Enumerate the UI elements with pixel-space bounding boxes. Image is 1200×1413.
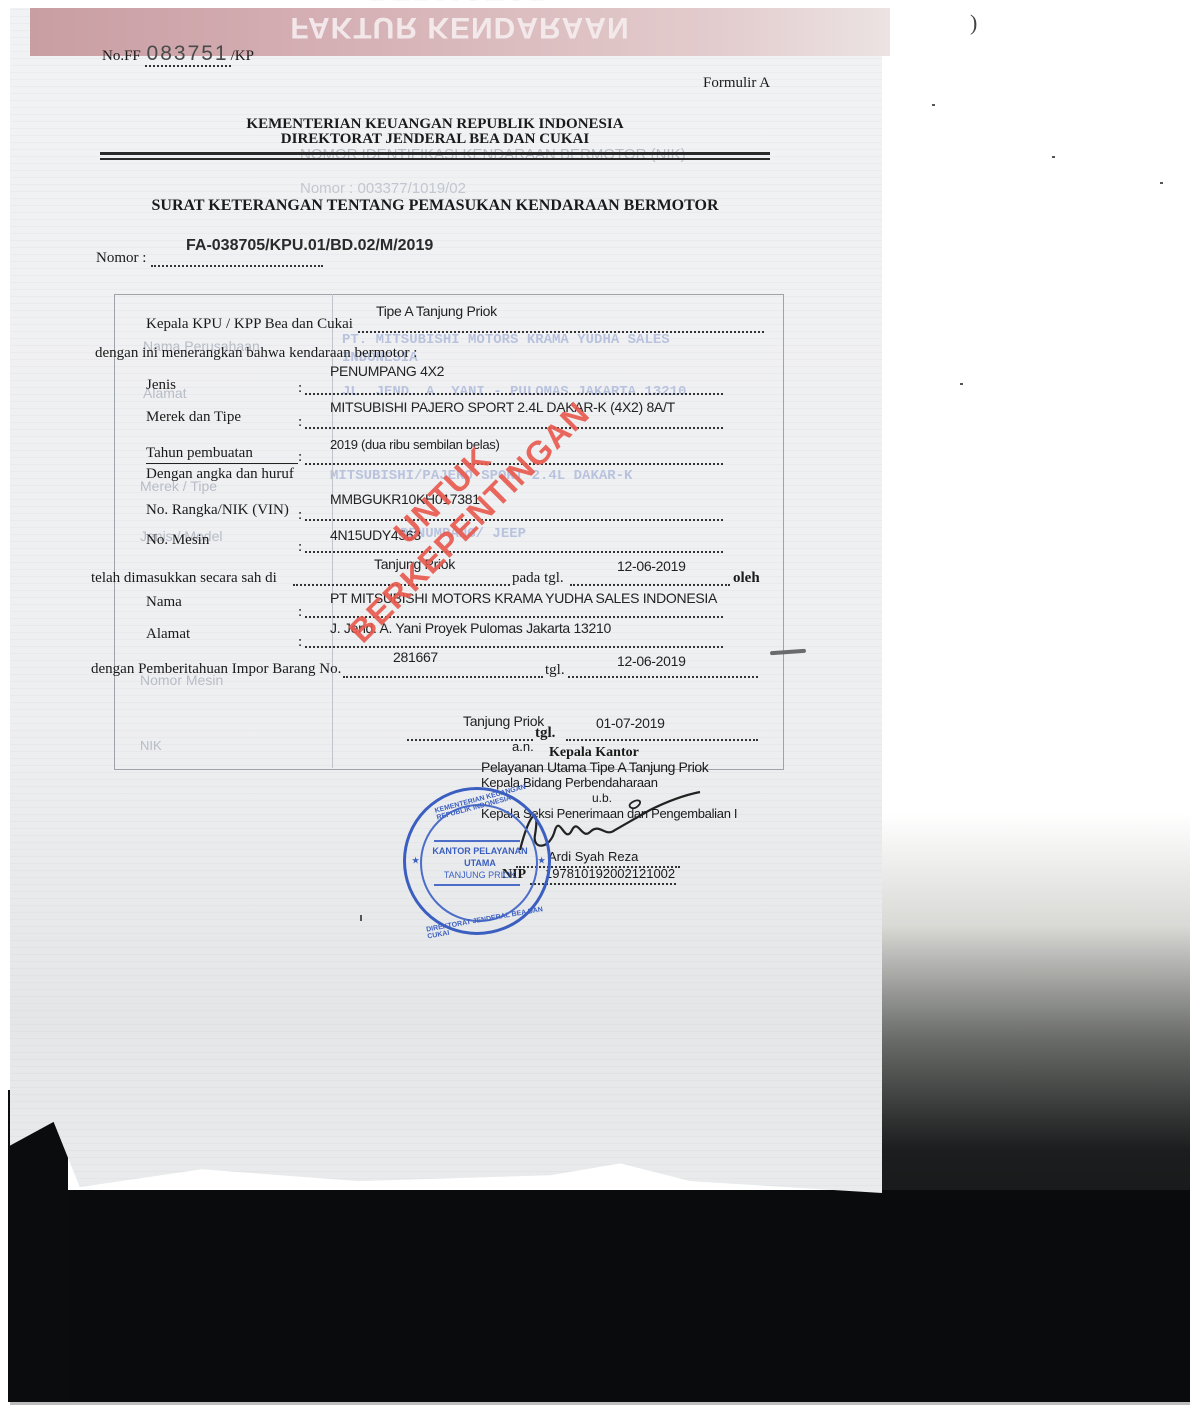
oleh-label: oleh — [733, 570, 760, 587]
official-stamp: KANTOR PELAYANAN UTAMA TANJUNG PRIOK ★ ★… — [403, 787, 551, 935]
pib-tgl-value: 12-06-2019 — [617, 653, 686, 669]
stamp-star-right-icon: ★ — [538, 856, 545, 865]
ghost-nomor-text: Nomor : 003377/1019/02 — [300, 180, 466, 197]
an-label: a.n. — [512, 739, 534, 754]
sign-date: 01-07-2019 — [596, 715, 665, 731]
pib-tgl-dots — [568, 676, 758, 678]
dimasukkan-label: telah dimasukkan secara sah di — [91, 570, 277, 587]
rangka-label: No. Rangka/NIK (VIN) — [146, 502, 289, 519]
merek-colon: : — [298, 414, 302, 431]
sign-tgl-label: tgl. — [535, 725, 555, 742]
pada-tgl-dots — [570, 584, 730, 586]
nama-label: Nama — [146, 594, 182, 611]
tahun-sub-label: Dengan angka dan huruf — [146, 466, 294, 483]
tahun-label: Tahun pembuatan — [146, 445, 253, 462]
jenis-dots — [305, 393, 723, 395]
sign-place: Tanjung Priok — [463, 713, 544, 729]
rangka-dots — [305, 519, 723, 521]
pib-dots — [343, 676, 543, 678]
speck — [1052, 156, 1055, 158]
header-divider — [100, 152, 770, 160]
speck — [932, 104, 935, 106]
pada-tgl-label: pada tgl. — [512, 570, 564, 587]
tahun-colon: : — [298, 449, 302, 466]
nomor-dots — [151, 265, 323, 267]
nomor-label: Nomor : — [96, 250, 146, 267]
directorate-name: DIREKTORAT JENDERAL BEA DAN CUKAI — [0, 131, 870, 148]
kepala-label: Kepala KPU / KPP Bea dan Cukai — [146, 316, 353, 333]
speck — [960, 383, 963, 385]
stamp-line-top — [434, 840, 520, 842]
stamp-line-bottom — [434, 884, 520, 886]
alamat-label: Alamat — [146, 626, 190, 643]
stamp-star-left-icon: ★ — [412, 856, 419, 865]
pib-tgl-label: tgl. — [545, 662, 565, 679]
document: NOMOR IDENTIFIKASI KENDARAAN BERMOTOR (N… — [0, 0, 1200, 1413]
jenis-value: PENUMPANG 4X2 — [330, 363, 444, 379]
stamp-line2: UTAMA — [406, 858, 554, 868]
speck — [1160, 182, 1163, 184]
kepala-dots — [358, 331, 764, 333]
nip-value: 197810192002121002 — [545, 866, 675, 881]
merek-label: Merek dan Tipe — [146, 409, 241, 426]
speck — [360, 915, 362, 921]
stamp-line3: TANJUNG PRIOK — [406, 870, 554, 880]
ghost-nomor: Nomor : 003377/1019/02 — [300, 180, 466, 197]
rangka-colon: : — [298, 507, 302, 524]
office-line: Pelayanan Utama Tipe A Tanjung Priok — [481, 759, 708, 775]
form-number-prefix: No.FF — [102, 48, 141, 64]
document-title: SURAT KETERANGAN TENTANG PEMASUKAN KENDA… — [0, 197, 870, 215]
pib-label: dengan Pemberitahuan Impor Barang No. — [91, 661, 341, 678]
tahun-underline — [146, 463, 298, 464]
form-label: Formulir A — [703, 75, 770, 92]
mesin-colon: : — [298, 539, 302, 556]
nip-dots — [530, 883, 676, 885]
pada-tgl-value: 12-06-2019 — [617, 558, 686, 574]
jenis-label: Jenis — [146, 377, 176, 394]
pib-value: 281667 — [393, 649, 438, 665]
stamp-line1: KANTOR PELAYANAN — [406, 846, 554, 856]
mesin-label: No. Mesin — [146, 532, 209, 549]
intro-text: dengan ini menerangkan bahwa kendaraan b… — [95, 345, 417, 362]
form-number: No.FF 083751/KP — [102, 42, 254, 66]
form-number-value: 083751 — [145, 42, 231, 67]
kepala-value: Tipe A Tanjung Priok — [376, 303, 497, 319]
jenis-colon: : — [298, 380, 302, 397]
sign-date-dots — [566, 739, 758, 741]
form-number-suffix: /KP — [231, 48, 254, 64]
nomor-value: FA-038705/KPU.01/BD.02/M/2019 — [186, 237, 433, 255]
